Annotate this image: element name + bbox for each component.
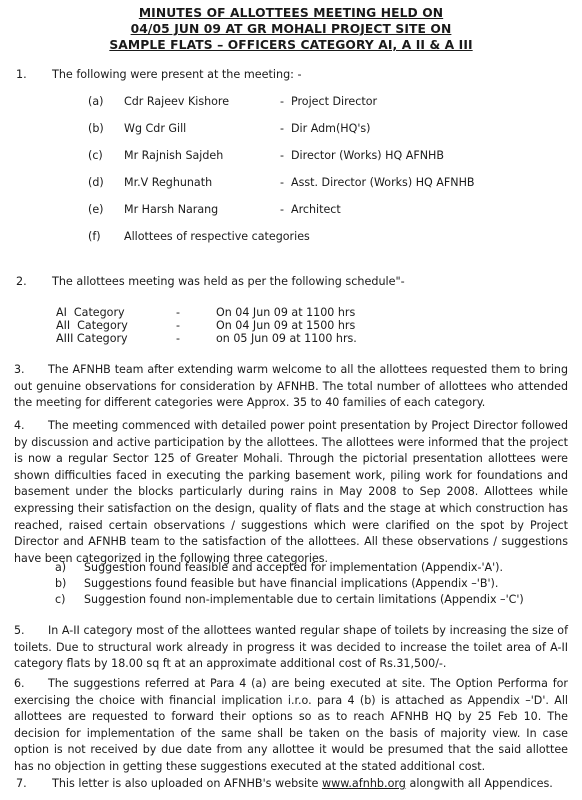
para-4-text: The meeting commenced with detailed powe… [14,419,568,565]
attendee-role: Asst. Director (Works) HQ AFNHB [291,176,475,189]
schedule-time: On 04 Jun 09 at 1500 hrs [216,319,355,332]
title-line-1: MINUTES OF ALLOTTEES MEETING HELD ON [0,6,582,20]
attendee-role: Dir Adm(HQ's) [291,122,371,135]
attendee-role: Project Director [291,95,377,108]
category-item-text: Suggestion found non-implementable due t… [84,593,524,606]
category-item-label: b) [55,577,66,590]
category-item-label: a) [55,561,66,574]
attendee-label: (b) [88,122,104,135]
para-7-text-before: This letter is also uploaded on AFNHB's … [52,777,322,790]
title-line-2: 04/05 JUN 09 AT GR MOHALI PROJECT SITE O… [0,22,582,36]
para-6-number: 6. [14,676,48,693]
category-item-label: c) [55,593,65,606]
para-2-number: 2. [16,275,27,288]
attendee-label: (d) [88,176,104,189]
para-7: This letter is also uploaded on AFNHB's … [52,777,553,790]
schedule-category: AI Category [56,306,125,319]
attendee-label: (e) [88,203,103,216]
attendee-label: (f) [88,230,101,243]
para-6-text: The suggestions referred at Para 4 (a) a… [14,677,568,773]
attendee-name: Wg Cdr Gill [124,122,186,135]
para-1-text: The following were present at the meetin… [52,68,302,81]
attendee-dash: - [280,176,284,189]
schedule-category: AII Category [56,319,128,332]
attendee-label: (c) [88,149,103,162]
attendee-name: Cdr Rajeev Kishore [124,95,229,108]
para-7-number: 7. [16,777,27,790]
attendee-dash: - [280,149,284,162]
attendee-role: Director (Works) HQ AFNHB [291,149,444,162]
para-5-number: 5. [14,623,48,640]
attendee-name: Mr Harsh Narang [124,203,218,216]
attendee-role: Architect [291,203,341,216]
para-2-text: The allottees meeting was held as per th… [52,275,405,288]
category-item-text: Suggestions found feasible but have fina… [84,577,498,590]
para-3-text: The AFNHB team after extending warm welc… [14,363,568,409]
attendee-dash: - [280,203,284,216]
title-line-3: SAMPLE FLATS – OFFICERS CATEGORY AI, A I… [0,38,582,52]
website-link[interactable]: www.afnhb.org [322,777,406,790]
schedule-dash: - [176,319,180,332]
para-4: 4.The meeting commenced with detailed po… [14,418,568,567]
schedule-category: AIII Category [56,332,128,345]
para-5-text: In A-II category most of the allottees w… [14,624,568,670]
para-3: 3.The AFNHB team after extending warm we… [14,362,568,412]
schedule-dash: - [176,306,180,319]
para-3-number: 3. [14,362,48,379]
attendee-dash: - [280,122,284,135]
category-item-text: Suggestion found feasible and accepted f… [84,561,503,574]
para-5: 5.In A-II category most of the allottees… [14,623,568,673]
attendee-name: Mr.V Reghunath [124,176,212,189]
para-7-text-after: alongwith all Appendices. [406,777,553,790]
para-1-number: 1. [16,68,27,81]
schedule-time: On 04 Jun 09 at 1100 hrs [216,306,355,319]
attendee-name: Mr Rajnish Sajdeh [124,149,223,162]
attendee-dash: - [280,95,284,108]
para-4-number: 4. [14,418,48,435]
schedule-dash: - [176,332,180,345]
attendee-label: (a) [88,95,103,108]
para-6: 6.The suggestions referred at Para 4 (a)… [14,676,568,776]
schedule-time: on 05 Jun 09 at 1100 hrs. [216,332,357,345]
attendee-name: Allottees of respective categories [124,230,310,243]
